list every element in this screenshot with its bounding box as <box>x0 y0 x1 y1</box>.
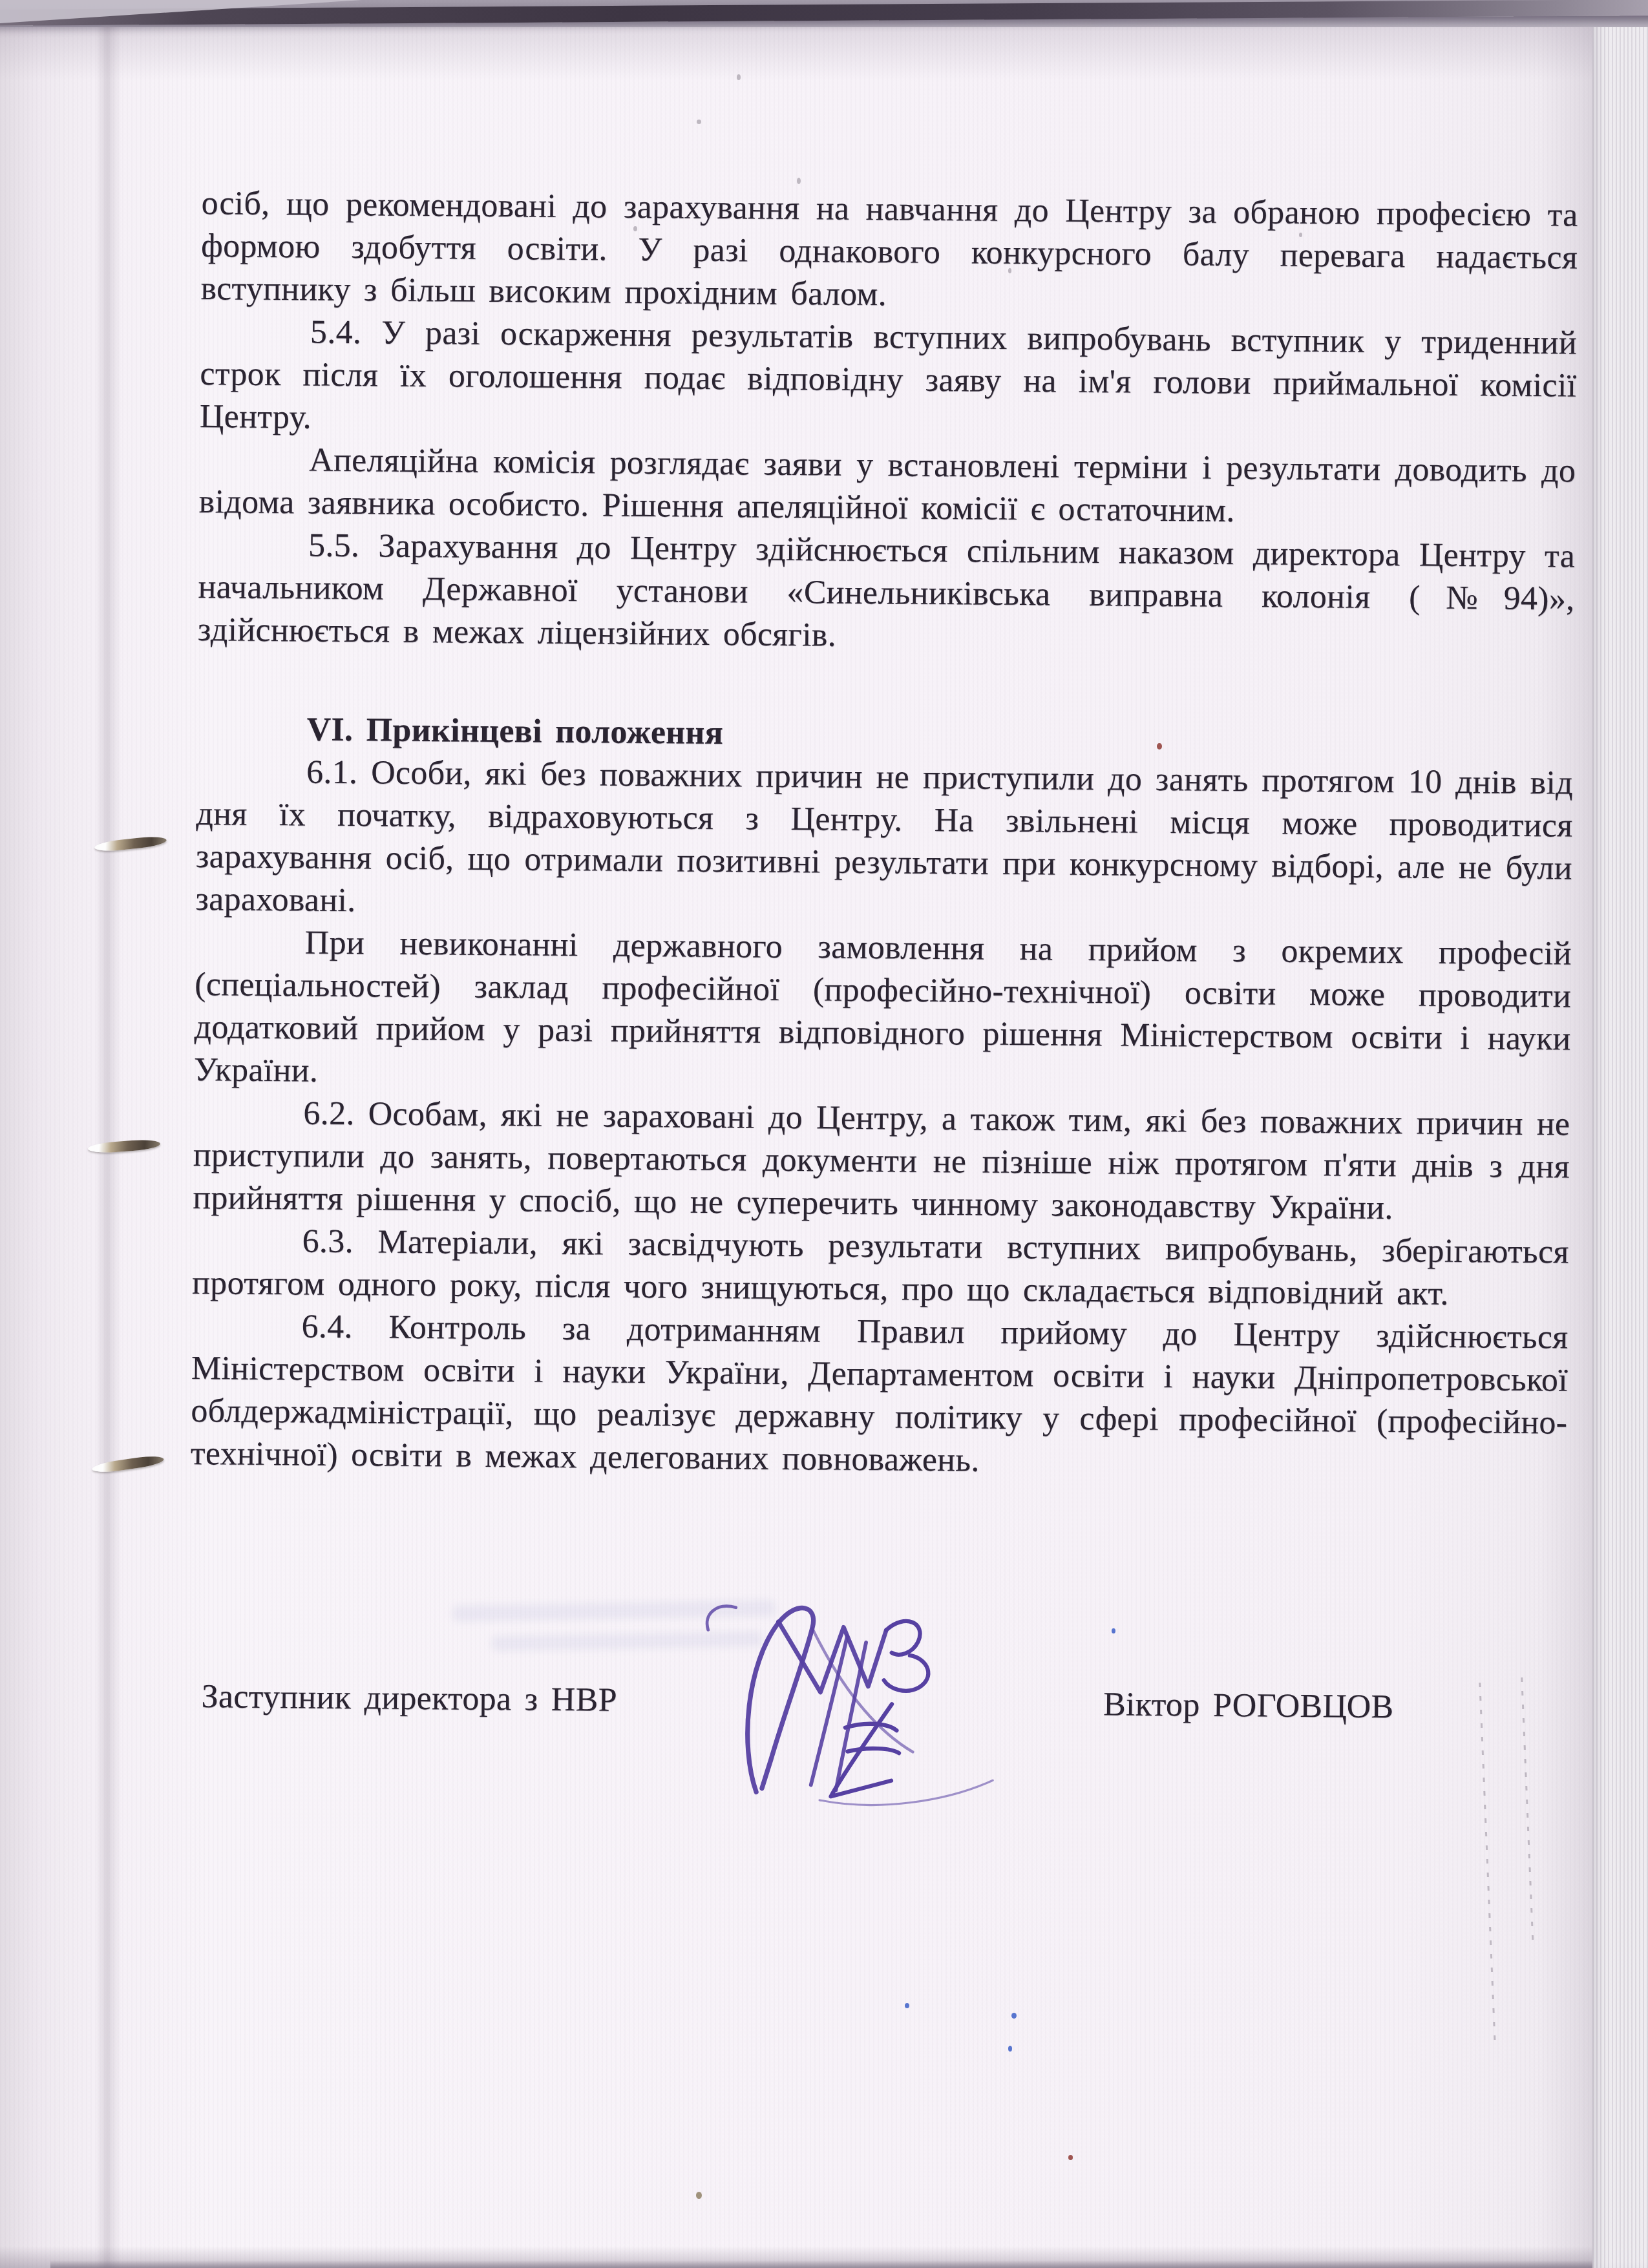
paragraph-6-4: 6.4. Контроль за дотриманням Правил прий… <box>191 1305 1569 1487</box>
paragraph-6-2: 6.2. Особам, які не зараховані до Центру… <box>193 1091 1570 1232</box>
ink-speck <box>1068 2155 1073 2160</box>
signer-name: Віктор РОГОВЦОВ <box>1103 1683 1394 1728</box>
paragraph-6-1: 6.1. Особи, які без поважних причин не п… <box>195 750 1573 933</box>
paragraph-state-order: При невиконанні державного замовлення на… <box>194 921 1572 1104</box>
paragraph-5-5: 5.5. Зарахування до Центру здійснюється … <box>198 523 1576 664</box>
paragraph-5-3-continuation: осіб, що рекомендовані до зарахування на… <box>200 182 1578 322</box>
signature-position-title: Заступник директора з НВР <box>201 1675 617 1722</box>
paragraph-appeal-commission: Апеляційна комісія розглядає заяви у вст… <box>198 438 1576 536</box>
scan-top-band <box>0 0 1648 27</box>
ink-speck <box>1011 2013 1017 2019</box>
dust-speck <box>696 2192 702 2199</box>
dust-speck <box>797 178 801 184</box>
paragraph-6-3: 6.3. Матеріали, які засвідчують результа… <box>192 1219 1569 1317</box>
dust-speck <box>737 74 741 80</box>
dust-speck <box>697 120 701 124</box>
ink-speck <box>1008 2046 1012 2052</box>
scanner-margin <box>1592 19 1648 2268</box>
paragraph-5-4: 5.4. У разі оскарження результатів вступ… <box>200 310 1578 450</box>
document-text: осіб, що рекомендовані до зарахування на… <box>188 182 1578 1730</box>
scan-bottom-edge <box>50 2260 1592 2268</box>
scanned-document-page: осіб, що рекомендовані до зарахування на… <box>0 0 1648 2268</box>
ink-speck <box>905 2003 909 2008</box>
